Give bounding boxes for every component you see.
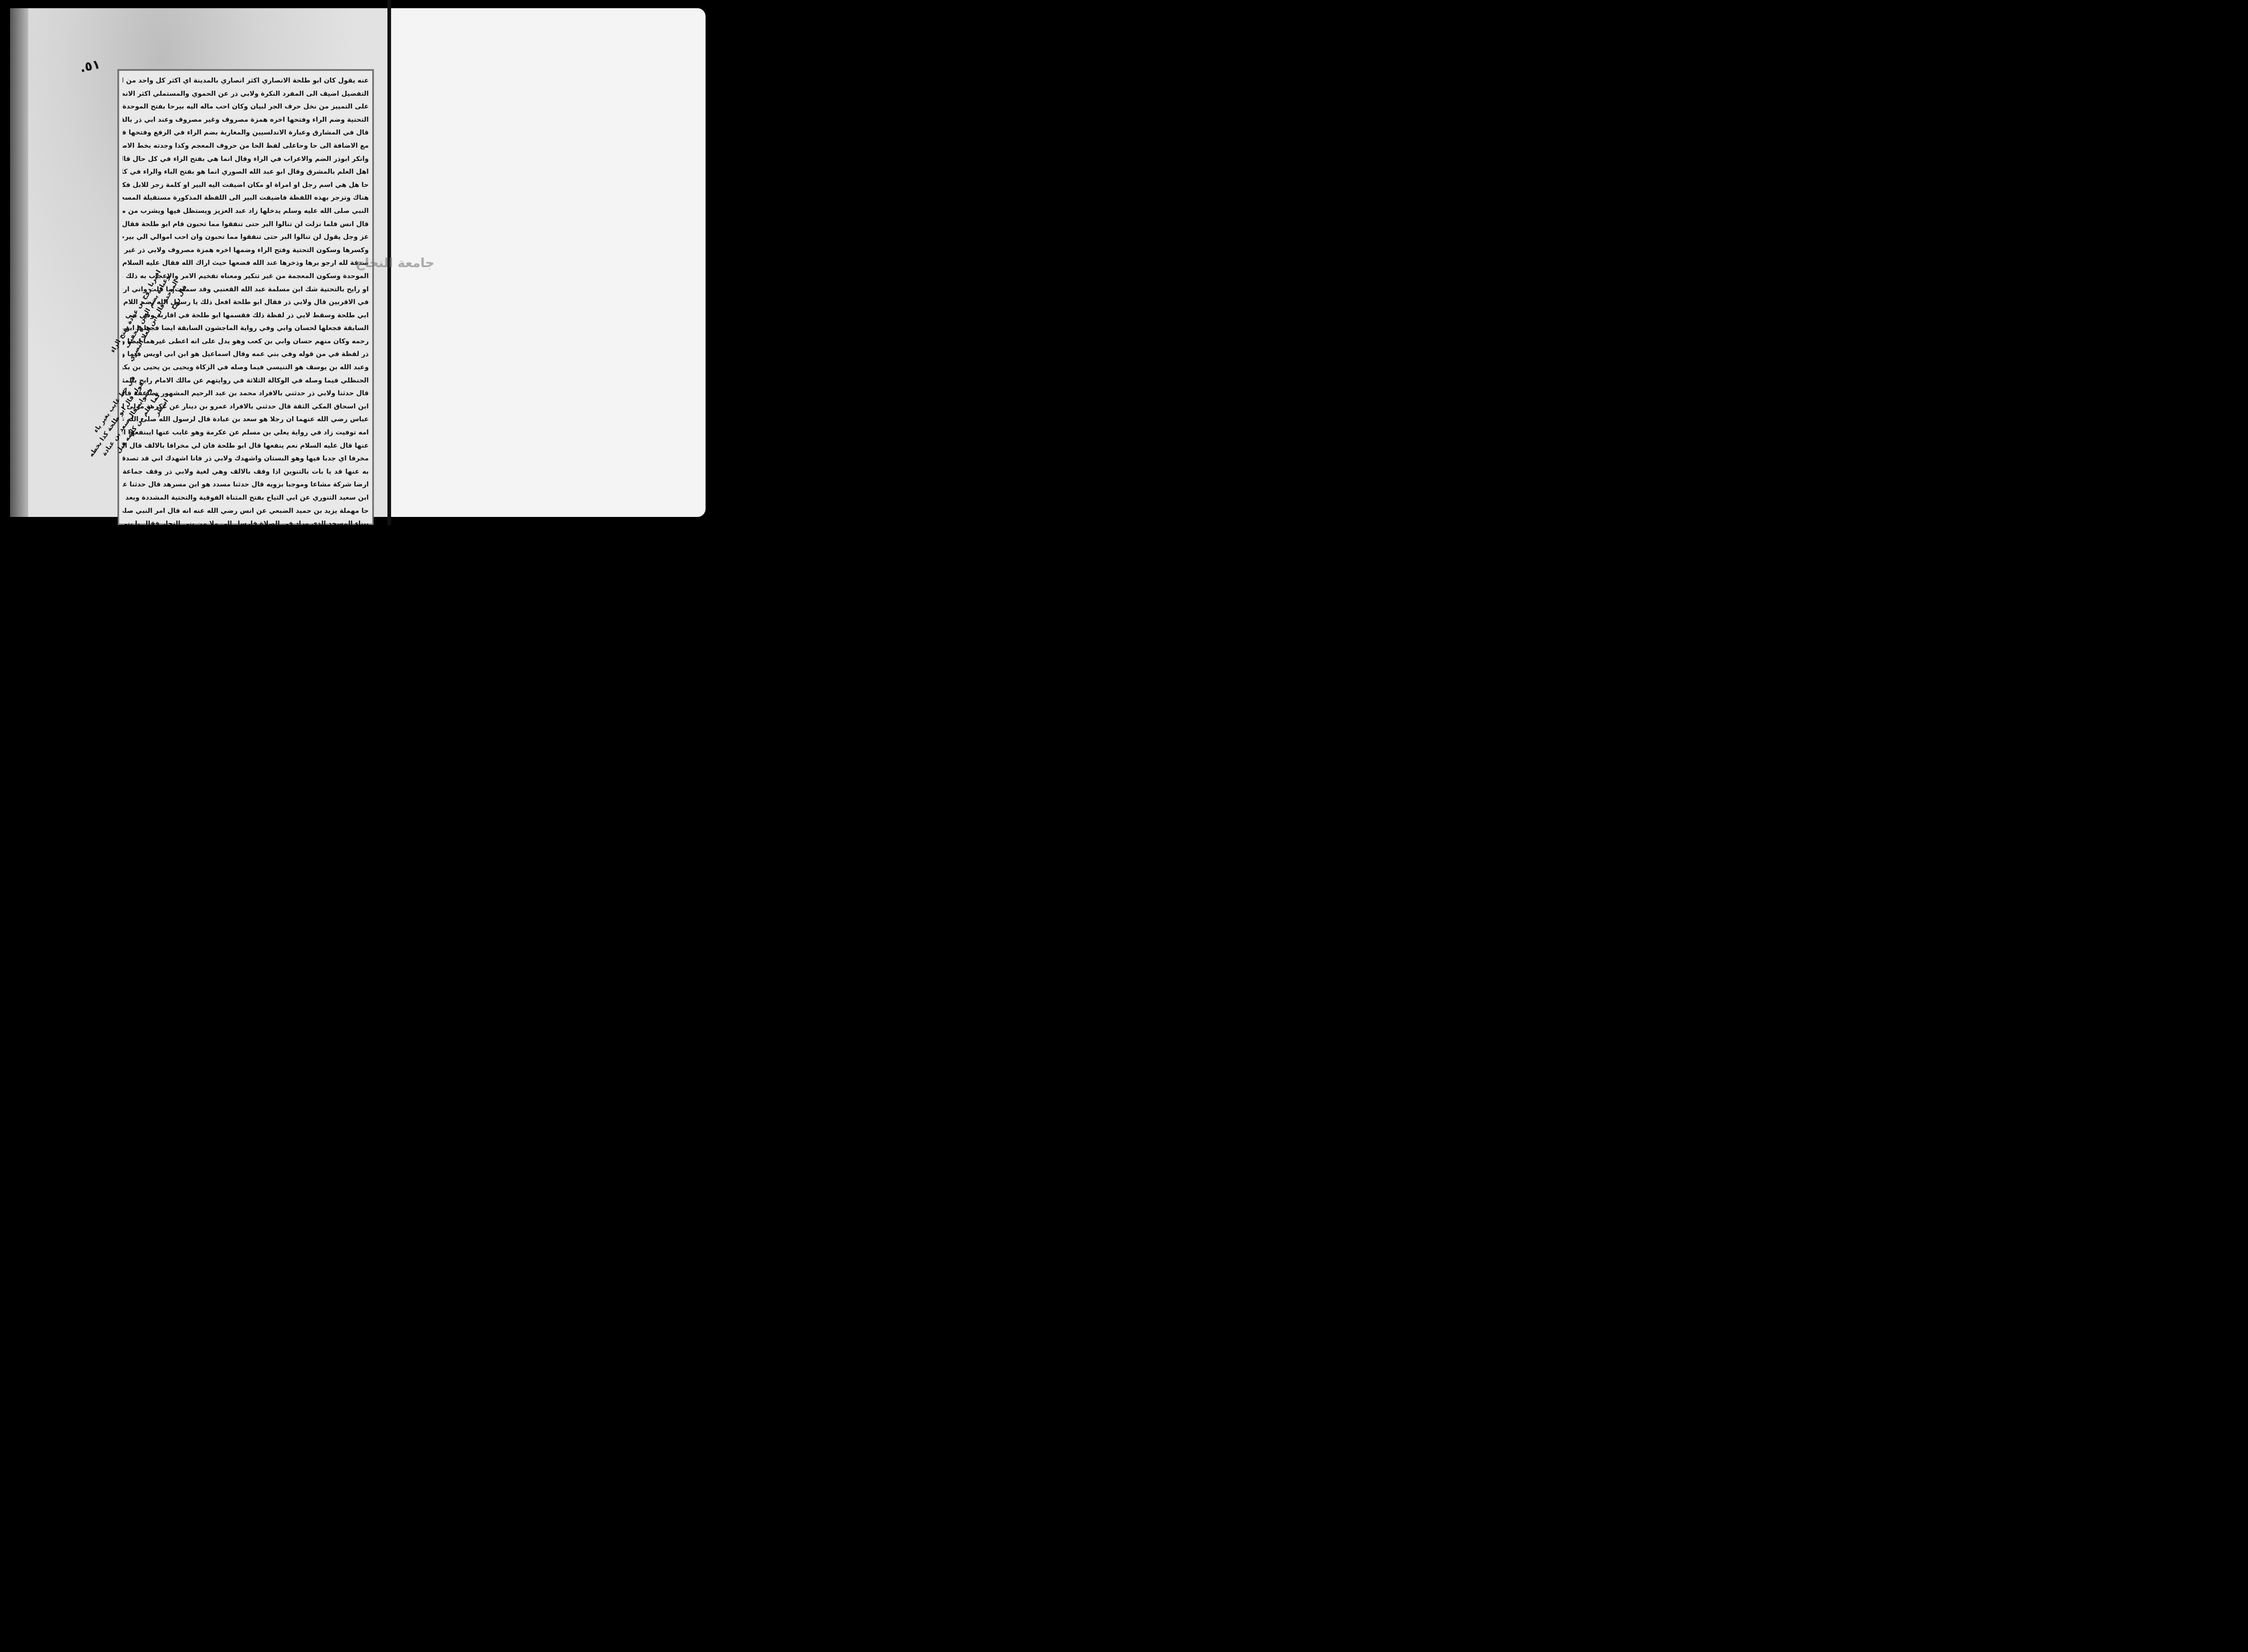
text-line: وعبد الله بن يوسف هو التنيسي فيما وصله ف… xyxy=(123,361,369,374)
text-line: عنها قال عليه السلام نعم ينفعها قال ابو … xyxy=(123,439,369,453)
text-line: النبي صلى الله عليه وسلم يدخلها زاد عبد … xyxy=(123,205,369,218)
text-line: حا هل هي اسم رجل او امراة او مكان اضيفت … xyxy=(123,179,369,192)
text-line: التحتية وضم الراء وفتحها اخره همزة مصروف… xyxy=(123,114,369,127)
manuscript-right-page-blank xyxy=(391,8,706,517)
text-line: وكسرها وسكون التحتية وفتح الراء وضمها اخ… xyxy=(123,244,369,257)
text-line: قال في المشارق وعبارة الاندلسيين والمغار… xyxy=(123,126,369,139)
text-line: على التمييز من نخل حرف الجر لبيان وكان ا… xyxy=(123,100,369,114)
text-line: ارضا شركة مشاعا وموجبا بزويه قال حدثنا م… xyxy=(123,478,369,491)
text-line: ببناء المسجد الذي وزاد في الصلاة فارسل ا… xyxy=(123,517,369,525)
text-line: حا مهملة يزيد بن حميد الضبعي عن انس رضي … xyxy=(123,505,369,518)
text-line: اهل العلم بالمشرق وقال ابو عبد الله الصو… xyxy=(123,165,369,179)
text-line: ذر لفظة في من قوله وفي بني عمه وقال اسما… xyxy=(123,348,369,361)
watermark: جامعة النجاح xyxy=(356,255,434,270)
text-line: مخرفا اي جدبا فيها وهو البستان واشهدك ول… xyxy=(123,452,369,465)
text-line: هناك وتزجر بهذه اللفظة فاضيفت البير الى … xyxy=(123,191,369,205)
text-line: قال انس فلما نزلت لن تنالوا البر حتى تنف… xyxy=(123,218,369,231)
text-line: وانكر ابوذر الضم والاعراب في الراء وقال … xyxy=(123,153,369,166)
text-line: صدقة لله ارجو برها وذخرها عند الله فضعها… xyxy=(123,257,369,270)
text-line: به عنها قد يا بات بالتنوين اذا وقف بالال… xyxy=(123,465,369,479)
text-line: عنه يقول كان ابو طلحة الانصاري اكثر انصا… xyxy=(123,74,369,88)
text-line: الحنظلي فيما وصله في الوكالة الثلاثة في … xyxy=(123,374,369,387)
text-line: ابن سعيد التنوري عن ابي التياح بفتح المث… xyxy=(123,491,369,505)
text-line: عز وجل يقول لن تنالوا البر حتى تنفقوا مم… xyxy=(123,231,369,244)
text-line: امه توفيت زاد في رواية يعلي بن مسلم عن ع… xyxy=(123,426,369,439)
text-line: مع الاضافة الى حا وحاعلى لفظ الحا من حرو… xyxy=(123,139,369,153)
text-line: التفضيل اضيف الى المفرد النكرة ولابي ذر … xyxy=(123,88,369,101)
